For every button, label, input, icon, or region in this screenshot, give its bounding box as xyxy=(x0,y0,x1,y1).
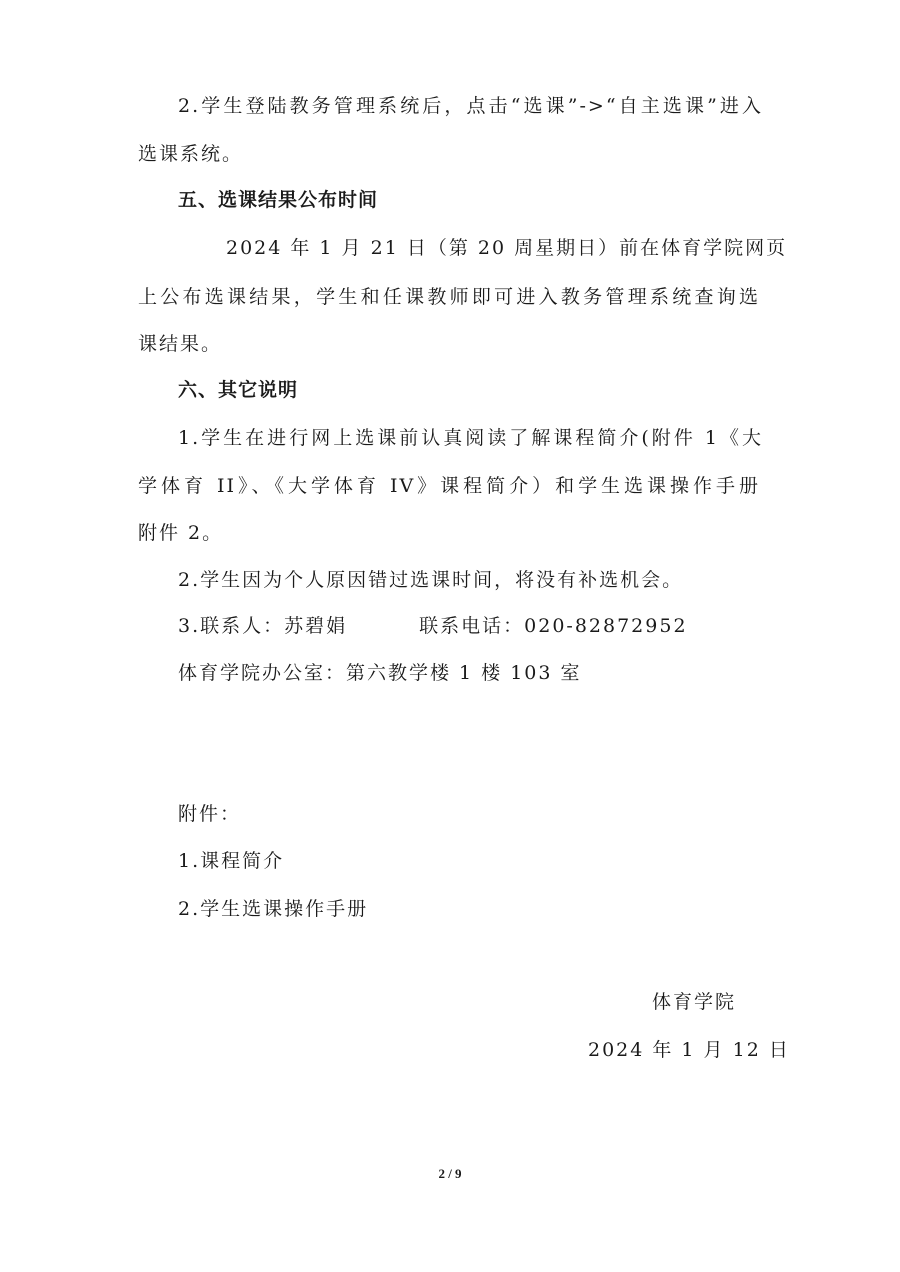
section6-item1-line3: 附件 2。 xyxy=(138,519,223,547)
section6-item3: 3.联系人：苏碧娟联系电话：020-82872952 xyxy=(178,612,688,640)
page-number: 2 / 9 xyxy=(0,1166,900,1182)
contact-phone: 联系电话：020-82872952 xyxy=(419,615,687,637)
signature-org: 体育学院 xyxy=(652,988,736,1016)
attachment-item: 2.学生选课操作手册 xyxy=(178,895,368,923)
login-instruction-line1: 2.学生登陆教务管理系统后，点击“选课”->“自主选课”进入 xyxy=(178,92,763,120)
attachment-item: 1.课程简介 xyxy=(178,847,284,875)
office-location: 体育学院办公室：第六教学楼 1 楼 103 室 xyxy=(178,659,582,687)
section6-item2: 2.学生因为个人原因错过选课时间，将没有补选机会。 xyxy=(178,566,683,594)
signature-date: 2024 年 1 月 12 日 xyxy=(588,1036,790,1064)
section6-item1-line2: 学体育 II》、《大学体育 IV》课程简介）和学生选课操作手册 xyxy=(138,472,760,500)
section6-heading: 六、其它说明 xyxy=(178,376,298,404)
section5-line1: 2024 年 1 月 21 日（第 20 周星期日）前在体育学院网页 xyxy=(226,234,763,262)
section5-line2: 上公布选课结果，学生和任课教师即可进入教务管理系统查询选 xyxy=(138,283,760,311)
contact-person: 3.联系人：苏碧娟 xyxy=(178,615,347,637)
section6-item1-line1: 1.学生在进行网上选课前认真阅读了解课程简介(附件 1《大 xyxy=(178,424,763,452)
section5-heading: 五、选课结果公布时间 xyxy=(178,186,378,214)
attachments-label: 附件： xyxy=(178,800,241,828)
section5-line3: 课结果。 xyxy=(138,330,222,358)
login-instruction-line2: 选课系统。 xyxy=(138,140,243,168)
